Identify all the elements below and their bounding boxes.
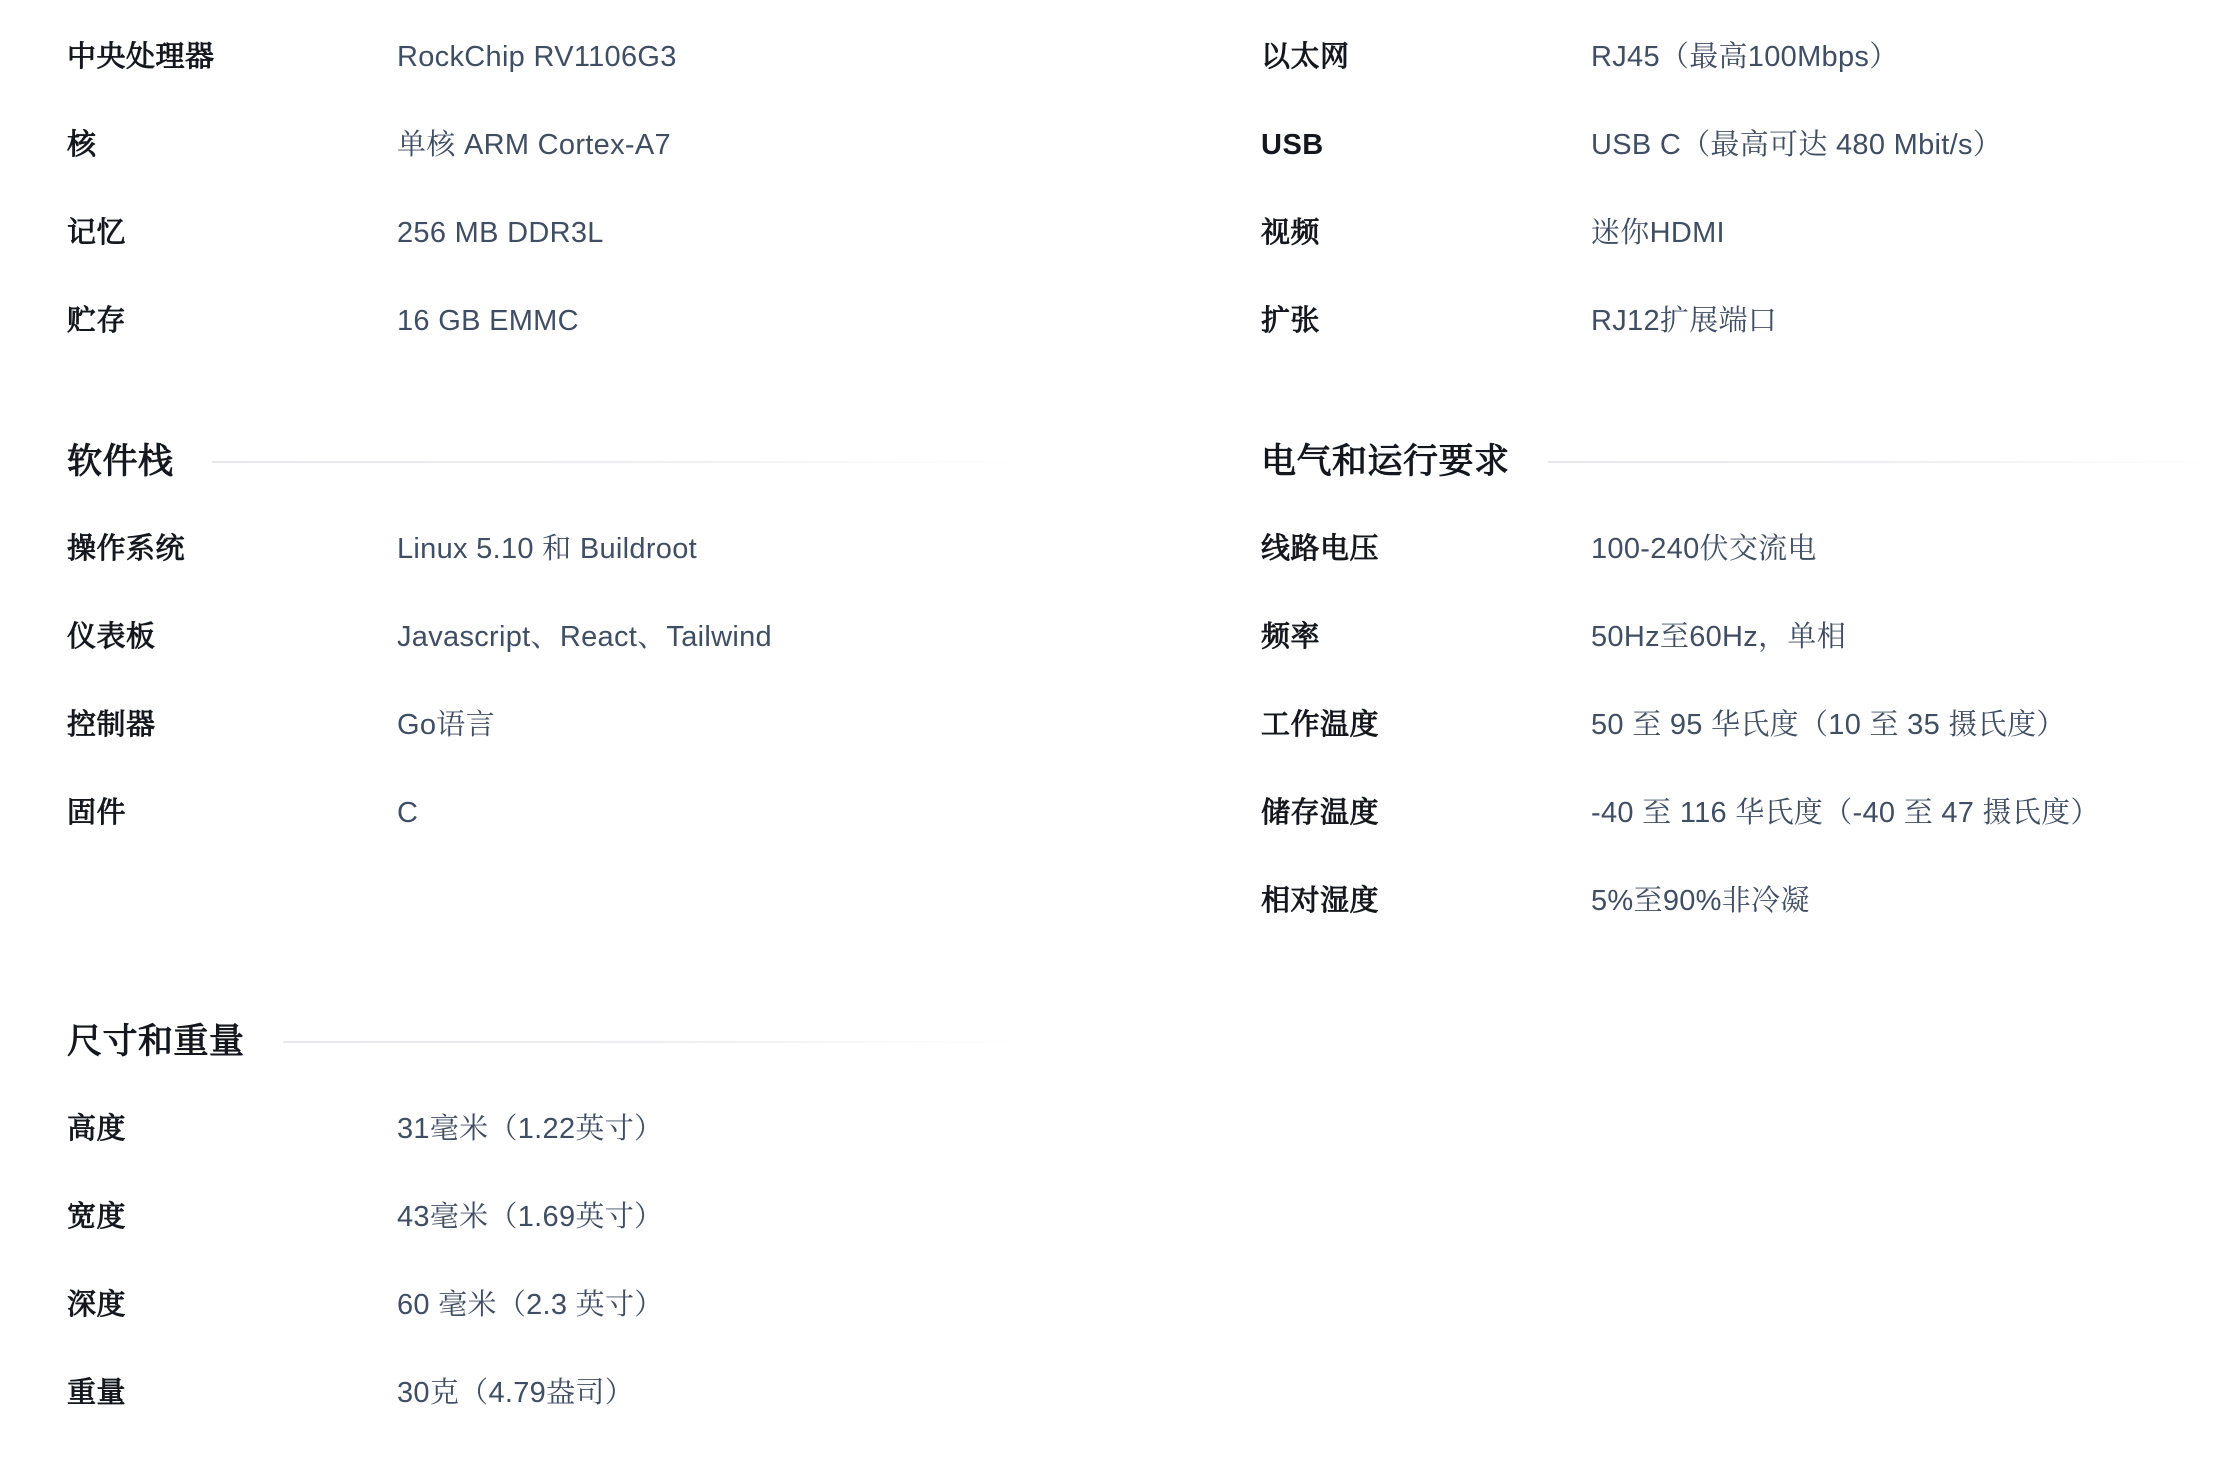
- spec-row: 宽度43毫米（1.69英寸）: [67, 1202, 1021, 1233]
- spec-row: 高度31毫米（1.22英寸）: [67, 1114, 1021, 1145]
- spec-label: 贮存: [67, 306, 397, 337]
- specs-grid: 中央处理器RockChip RV1106G3核单核 ARM Cortex-A7记…: [67, 42, 2215, 1466]
- section-header: 软件栈: [67, 440, 1021, 484]
- spec-rows: 中央处理器RockChip RV1106G3核单核 ARM Cortex-A7记…: [67, 42, 1021, 337]
- spec-value: 60 毫米（2.3 英寸）: [397, 1290, 1021, 1321]
- section-processor: 中央处理器RockChip RV1106G3核单核 ARM Cortex-A7记…: [67, 42, 1021, 394]
- spec-value: 30克（4.79盎司）: [397, 1378, 1021, 1409]
- spec-label: USB: [1261, 130, 1591, 161]
- spec-row: 储存温度-40 至 116 华氏度（-40 至 47 摄氏度）: [1261, 798, 2215, 829]
- spec-label: 频率: [1261, 622, 1591, 653]
- spec-row: USBUSB C（最高可达 480 Mbit/s）: [1261, 130, 2215, 161]
- section-electrical-requirements: 电气和运行要求线路电压100-240伏交流电频率50Hz至60Hz，单相工作温度…: [1261, 440, 2215, 974]
- spec-label: 工作温度: [1261, 710, 1591, 741]
- spec-value: Go语言: [397, 710, 1021, 741]
- spec-value: 100-240伏交流电: [1591, 534, 2215, 565]
- spec-label: 扩张: [1261, 306, 1591, 337]
- spec-value: C: [397, 798, 1021, 829]
- spec-label: 相对湿度: [1261, 886, 1591, 917]
- spec-value: 迷你HDMI: [1591, 218, 2215, 249]
- spec-value: 31毫米（1.22英寸）: [397, 1114, 1021, 1145]
- specs-page: 中央处理器RockChip RV1106G3核单核 ARM Cortex-A7记…: [0, 0, 2226, 1470]
- spec-value: 50Hz至60Hz，单相: [1591, 622, 2215, 653]
- section-divider-line: [283, 1041, 1021, 1043]
- spec-rows: 操作系统Linux 5.10 和 Buildroot仪表板Javascript、…: [67, 534, 1021, 829]
- spec-value: USB C（最高可达 480 Mbit/s）: [1591, 130, 2215, 161]
- spec-label: 储存温度: [1261, 798, 1591, 829]
- spec-label: 操作系统: [67, 534, 397, 565]
- spec-row: 记忆256 MB DDR3L: [67, 218, 1021, 249]
- spec-row: 视频迷你HDMI: [1261, 218, 2215, 249]
- spec-row: 核单核 ARM Cortex-A7: [67, 130, 1021, 161]
- spec-label: 固件: [67, 798, 397, 829]
- spec-value: 256 MB DDR3L: [397, 218, 1021, 249]
- spec-value: Linux 5.10 和 Buildroot: [397, 534, 1021, 565]
- spec-label: 中央处理器: [67, 42, 397, 73]
- spec-rows: 线路电压100-240伏交流电频率50Hz至60Hz，单相工作温度50 至 95…: [1261, 534, 2215, 917]
- spec-value: 单核 ARM Cortex-A7: [397, 130, 1021, 161]
- spec-row: 中央处理器RockChip RV1106G3: [67, 42, 1021, 73]
- spec-label: 宽度: [67, 1202, 397, 1233]
- spec-value: 43毫米（1.69英寸）: [397, 1202, 1021, 1233]
- spec-row: 重量30克（4.79盎司）: [67, 1378, 1021, 1409]
- spec-label: 高度: [67, 1114, 397, 1145]
- spec-row: 控制器Go语言: [67, 710, 1021, 741]
- spec-label: 核: [67, 130, 397, 161]
- spec-value: 5%至90%非冷凝: [1591, 886, 2215, 917]
- section-software-stack: 软件栈操作系统Linux 5.10 和 Buildroot仪表板Javascri…: [67, 440, 1021, 886]
- section-title: 尺寸和重量: [67, 1020, 245, 1064]
- spec-label: 以太网: [1261, 42, 1591, 73]
- spec-value: RJ45（最高100Mbps）: [1591, 42, 2215, 73]
- spec-row: 以太网RJ45（最高100Mbps）: [1261, 42, 2215, 73]
- spec-row: 固件C: [67, 798, 1021, 829]
- spec-value: 50 至 95 华氏度（10 至 35 摄氏度）: [1591, 710, 2215, 741]
- spec-value: 16 GB EMMC: [397, 306, 1021, 337]
- spec-row: 仪表板Javascript、React、Tailwind: [67, 622, 1021, 653]
- section-header: 电气和运行要求: [1261, 440, 2215, 484]
- spec-row: 贮存16 GB EMMC: [67, 306, 1021, 337]
- spec-value: -40 至 116 华氏度（-40 至 47 摄氏度）: [1591, 798, 2215, 829]
- spec-label: 记忆: [67, 218, 397, 249]
- spec-row: 扩张RJ12扩展端口: [1261, 306, 2215, 337]
- spec-row: 操作系统Linux 5.10 和 Buildroot: [67, 534, 1021, 565]
- spec-row: 工作温度50 至 95 华氏度（10 至 35 摄氏度）: [1261, 710, 2215, 741]
- section-title: 软件栈: [67, 440, 174, 484]
- spec-value: Javascript、React、Tailwind: [397, 622, 1021, 653]
- spec-row: 深度60 毫米（2.3 英寸）: [67, 1290, 1021, 1321]
- section-header: 尺寸和重量: [67, 1020, 1021, 1064]
- section-divider-line: [1548, 461, 2215, 463]
- spec-row: 相对湿度5%至90%非冷凝: [1261, 886, 2215, 917]
- spec-rows: 高度31毫米（1.22英寸）宽度43毫米（1.69英寸）深度60 毫米（2.3 …: [67, 1114, 1021, 1409]
- spec-label: 线路电压: [1261, 534, 1591, 565]
- spec-label: 重量: [67, 1378, 397, 1409]
- spec-label: 视频: [1261, 218, 1591, 249]
- section-divider-line: [212, 461, 1021, 463]
- section-title: 电气和运行要求: [1261, 440, 1510, 484]
- spec-label: 深度: [67, 1290, 397, 1321]
- section-connectivity: 以太网RJ45（最高100Mbps）USBUSB C（最高可达 480 Mbit…: [1261, 42, 2215, 394]
- spec-row: 线路电压100-240伏交流电: [1261, 534, 2215, 565]
- spec-row: 频率50Hz至60Hz，单相: [1261, 622, 2215, 653]
- spec-value: RJ12扩展端口: [1591, 306, 2215, 337]
- section-size-and-weight: 尺寸和重量高度31毫米（1.22英寸）宽度43毫米（1.69英寸）深度60 毫米…: [67, 1020, 1021, 1466]
- spec-value: RockChip RV1106G3: [397, 42, 1021, 73]
- spec-label: 仪表板: [67, 622, 397, 653]
- spec-rows: 以太网RJ45（最高100Mbps）USBUSB C（最高可达 480 Mbit…: [1261, 42, 2215, 337]
- spec-label: 控制器: [67, 710, 397, 741]
